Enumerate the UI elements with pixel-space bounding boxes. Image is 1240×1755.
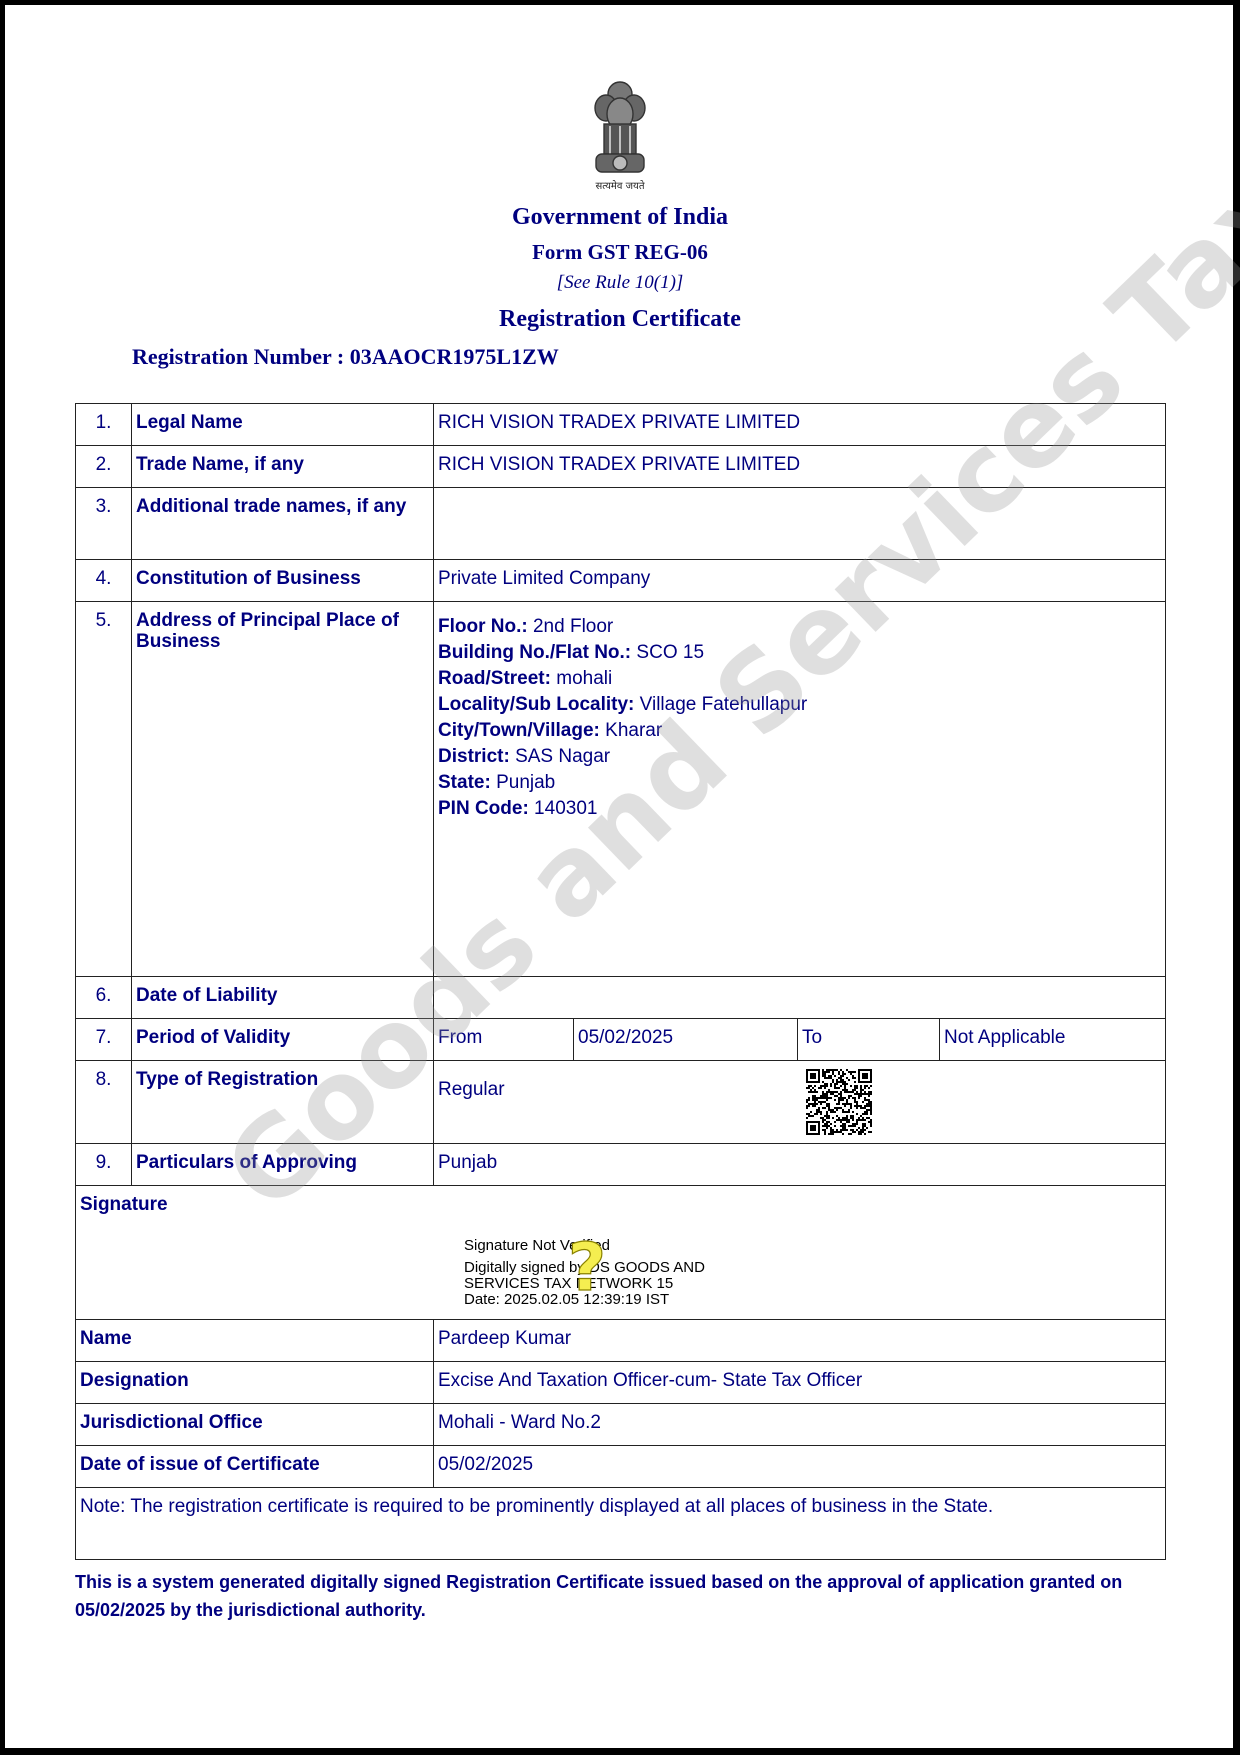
- table-row-address: 5. Address of Principal Place of Busines…: [76, 602, 1166, 977]
- approving-authority-value: Punjab: [434, 1144, 1166, 1186]
- row-label: Particulars of Approving: [132, 1144, 434, 1186]
- address-line: State: Punjab: [438, 770, 1161, 796]
- table-row-particulars-of-approving: 9. Particulars of Approving Punjab: [76, 1144, 1166, 1186]
- validity-from-value: 05/02/2025: [574, 1019, 798, 1061]
- table-row-period-of-validity: 7. Period of Validity From 05/02/2025 To…: [76, 1019, 1166, 1061]
- registration-type-cell: Regular: [434, 1061, 1166, 1144]
- address-lines: Floor No.: 2nd FloorBuilding No./Flat No…: [438, 614, 1161, 822]
- table-row-note: Note: The registration certificate is re…: [76, 1488, 1166, 1560]
- address-field-value: 2nd Floor: [528, 616, 614, 637]
- certificate-title: Registration Certificate: [0, 306, 1240, 333]
- registration-number-label: Registration Number :: [132, 344, 344, 369]
- table-row-legal-name: 1. Legal Name RICH VISION TRADEX PRIVATE…: [76, 404, 1166, 446]
- row-number: 9.: [76, 1144, 132, 1186]
- address-field-label: PIN Code:: [438, 798, 529, 819]
- svg-text:सत्यमेव जयते: सत्यमेव जयते: [595, 180, 644, 192]
- address-field-label: Building No./Flat No.:: [438, 642, 631, 663]
- address-value: Floor No.: 2nd FloorBuilding No./Flat No…: [434, 602, 1166, 977]
- row-label: Address of Principal Place of Business: [132, 602, 434, 977]
- table-row-officer-name: Name Pardeep Kumar: [76, 1320, 1166, 1362]
- jurisdictional-office-label: Jurisdictional Office: [76, 1404, 434, 1446]
- officer-name-label: Name: [76, 1320, 434, 1362]
- date-of-liability-value: [434, 977, 1166, 1019]
- table-row-designation: Designation Excise And Taxation Officer-…: [76, 1362, 1166, 1404]
- rule-reference: [See Rule 10(1)]: [0, 272, 1240, 294]
- government-heading: Government of India: [0, 204, 1240, 231]
- address-field-value: mohali: [551, 668, 612, 689]
- table-row-constitution: 4. Constitution of Business Private Limi…: [76, 560, 1166, 602]
- row-number: 1.: [76, 404, 132, 446]
- registration-number: Registration Number : 03AAOCR1975L1ZW: [132, 344, 559, 370]
- row-label: Legal Name: [132, 404, 434, 446]
- trade-name-value: RICH VISION TRADEX PRIVATE LIMITED: [434, 446, 1166, 488]
- designation-value: Excise And Taxation Officer-cum- State T…: [434, 1362, 1166, 1404]
- table-row-jurisdictional-office: Jurisdictional Office Mohali - Ward No.2: [76, 1404, 1166, 1446]
- display-note: Note: The registration certificate is re…: [76, 1488, 1166, 1560]
- address-field-label: District:: [438, 746, 510, 767]
- address-field-value: Punjab: [491, 772, 555, 793]
- jurisdictional-office-value: Mohali - Ward No.2: [434, 1404, 1166, 1446]
- table-row-trade-name: 2. Trade Name, if any RICH VISION TRADEX…: [76, 446, 1166, 488]
- constitution-value: Private Limited Company: [434, 560, 1166, 602]
- signature-title: Signature: [80, 1194, 168, 1215]
- address-field-value: SAS Nagar: [510, 746, 610, 767]
- address-field-label: Floor No.:: [438, 616, 528, 637]
- row-number: 3.: [76, 488, 132, 560]
- address-field-value: 140301: [529, 798, 598, 819]
- address-field-label: City/Town/Village:: [438, 720, 600, 741]
- table-row-date-of-issue: Date of issue of Certificate 05/02/2025: [76, 1446, 1166, 1488]
- question-mark-icon: ?: [567, 1232, 607, 1300]
- national-emblem-icon: सत्यमेव जयते: [584, 74, 656, 194]
- address-field-value: SCO 15: [631, 642, 704, 663]
- row-label: Additional trade names, if any: [132, 488, 434, 560]
- system-generated-footer: This is a system generated digitally sig…: [75, 1568, 1165, 1624]
- form-heading: Form GST REG-06: [0, 240, 1240, 265]
- row-number: 5.: [76, 602, 132, 977]
- svg-text:?: ?: [568, 1232, 606, 1300]
- address-field-value: Kharar: [600, 720, 662, 741]
- row-number: 8.: [76, 1061, 132, 1144]
- date-of-issue-label: Date of issue of Certificate: [76, 1446, 434, 1488]
- registration-type-value: Regular: [438, 1079, 505, 1100]
- row-label: Period of Validity: [132, 1019, 434, 1061]
- address-line: PIN Code: 140301: [438, 796, 1161, 822]
- additional-trade-names-value: [434, 488, 1166, 560]
- address-line: Floor No.: 2nd Floor: [438, 614, 1161, 640]
- row-number: 7.: [76, 1019, 132, 1061]
- officer-name-value: Pardeep Kumar: [434, 1320, 1166, 1362]
- row-number: 4.: [76, 560, 132, 602]
- address-line: District: SAS Nagar: [438, 744, 1161, 770]
- legal-name-value: RICH VISION TRADEX PRIVATE LIMITED: [434, 404, 1166, 446]
- validity-to-value: Not Applicable: [940, 1019, 1166, 1061]
- registration-number-value: 03AAOCR1975L1ZW: [350, 344, 559, 369]
- table-row-type-of-registration: 8. Type of Registration Regular: [76, 1061, 1166, 1144]
- address-field-label: State:: [438, 772, 491, 793]
- row-label: Constitution of Business: [132, 560, 434, 602]
- address-field-value: Village Fatehullapur: [634, 694, 807, 715]
- address-field-label: Road/Street:: [438, 668, 551, 689]
- table-row-additional-trade-names: 3. Additional trade names, if any: [76, 488, 1166, 560]
- signature-cell: Signature Signature Not Verified Digital…: [76, 1186, 1166, 1320]
- address-line: Road/Street: mohali: [438, 666, 1161, 692]
- address-field-label: Locality/Sub Locality:: [438, 694, 634, 715]
- row-label: Date of Liability: [132, 977, 434, 1019]
- date-of-issue-value: 05/02/2025: [434, 1446, 1166, 1488]
- qr-code-icon: [806, 1069, 872, 1135]
- row-number: 6.: [76, 977, 132, 1019]
- row-label: Type of Registration: [132, 1061, 434, 1144]
- address-line: Building No./Flat No.: SCO 15: [438, 640, 1161, 666]
- table-row-signature: Signature Signature Not Verified Digital…: [76, 1186, 1166, 1320]
- row-label: Trade Name, if any: [132, 446, 434, 488]
- address-line: City/Town/Village: Kharar: [438, 718, 1161, 744]
- validity-from-label: From: [434, 1019, 574, 1061]
- table-row-date-of-liability: 6. Date of Liability: [76, 977, 1166, 1019]
- address-line: Locality/Sub Locality: Village Fatehulla…: [438, 692, 1161, 718]
- registration-table: 1. Legal Name RICH VISION TRADEX PRIVATE…: [75, 403, 1166, 1560]
- row-number: 2.: [76, 446, 132, 488]
- validity-to-label: To: [798, 1019, 940, 1061]
- designation-label: Designation: [76, 1362, 434, 1404]
